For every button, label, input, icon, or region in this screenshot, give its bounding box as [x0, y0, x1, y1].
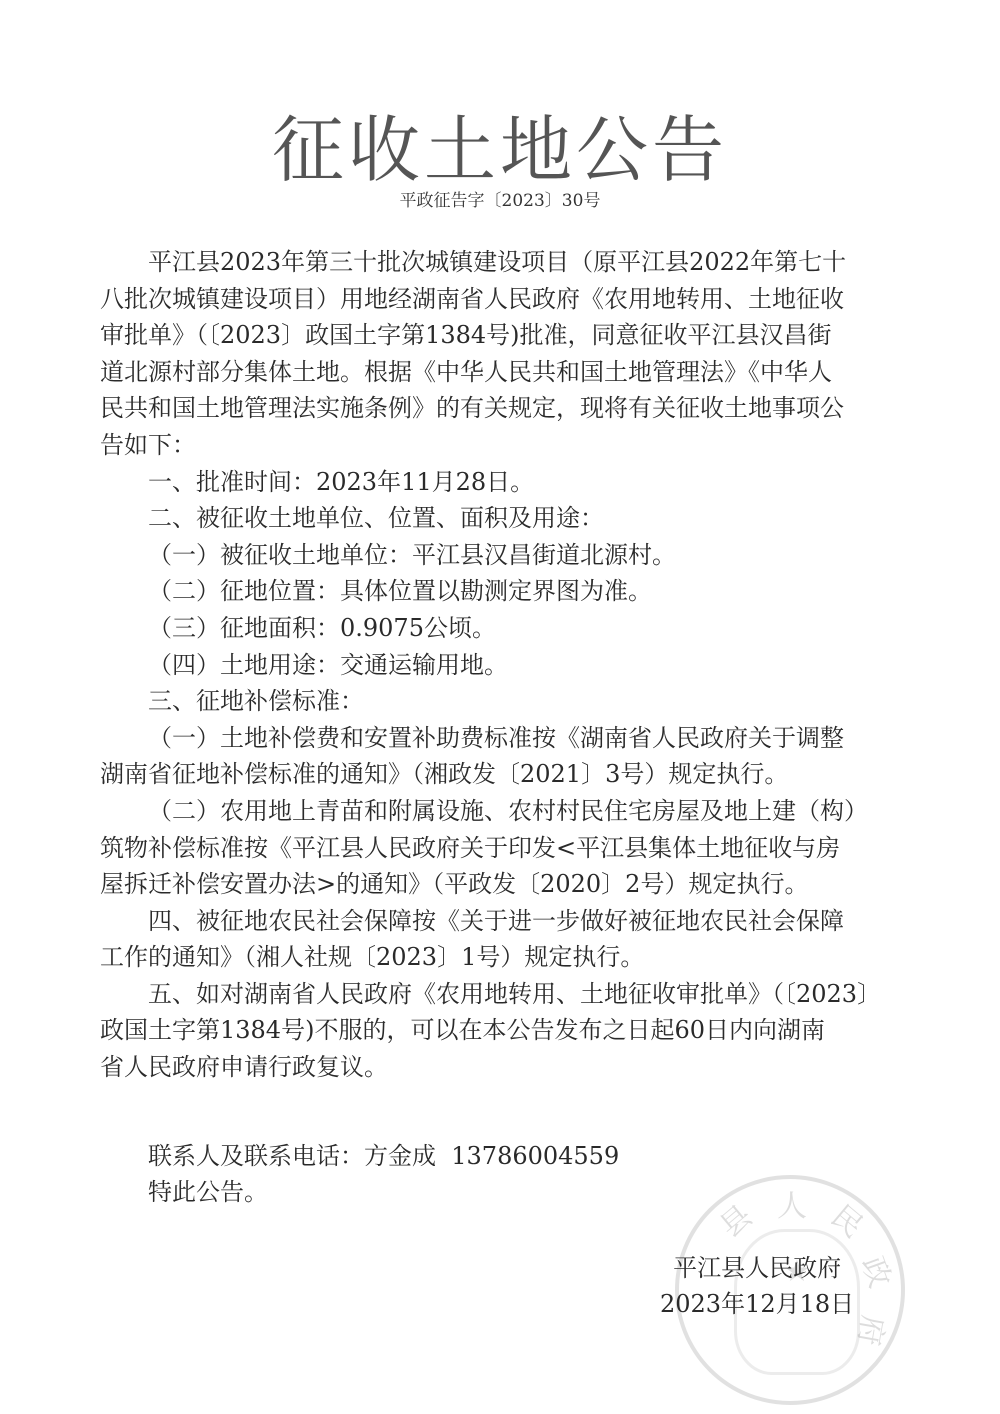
section-two-heading: 二、被征收土地单位、位置、面积及用途： [100, 500, 912, 537]
compensation-two-line: （二）农用地上青苗和附属设施、农村村民住宅房屋及地上建（构） [100, 793, 912, 830]
appeal-line: 省人民政府申请行政复议。 [100, 1049, 912, 1086]
contact-info: 联系人及联系电话：方金成 13786004559 [148, 1138, 619, 1174]
document-number: 平政征告字〔2023〕30号 [0, 186, 1000, 211]
appeal-line: 政国土字第1384号)不服的，可以在本公告发布之日起60日内向湖南 [100, 1012, 912, 1049]
land-area: （三）征地面积：0.9075公顷。 [100, 610, 912, 647]
seal-char: 人 [777, 1181, 807, 1225]
intro-line: 道北源村部分集体土地。根据《中华人民共和国土地管理法》《中华人 [100, 354, 912, 391]
section-three-heading: 三、征地补偿标准： [100, 683, 912, 720]
intro-line: 八批次城镇建设项目）用地经湖南省人民政府《农用地转用、土地征收 [100, 281, 912, 318]
closing-remark: 特此公告。 [148, 1174, 619, 1210]
compensation-one-line: （一）土地补偿费和安置补助费标准按《湖南省人民政府关于调整 [100, 720, 912, 757]
approval-time: 一、批准时间：2023年11月28日。 [100, 464, 912, 501]
intro-line: 审批单》（〔2023〕政国土字第1384号)批准，同意征收平江县汉昌街 [100, 317, 912, 354]
intro-line: 告如下： [100, 427, 912, 464]
compensation-one-line: 湖南省征地补偿标准的通知》（湘政发〔2021〕3号）规定执行。 [100, 756, 912, 793]
appeal-line: 五、如对湖南省人民政府《农用地转用、土地征收审批单》（〔2023〕 [100, 976, 912, 1013]
intro-line: 平江县2023年第三十批次城镇建设项目（原平江县2022年第七十 [100, 244, 912, 281]
document-title: 征收土地公告 [0, 92, 1000, 196]
issue-date: 2023年12月18日 [660, 1286, 854, 1322]
land-use: （四）土地用途：交通运输用地。 [100, 647, 912, 684]
land-unit: （一）被征收土地单位：平江县汉昌街道北源村。 [100, 537, 912, 574]
issuing-organization: 平江县人民政府 [660, 1250, 854, 1286]
compensation-two-line: 屋拆迁补偿安置办法>的通知》（平政发〔2020〕2号）规定执行。 [100, 866, 912, 903]
compensation-two-line: 筑物补偿标准按《平江县人民政府关于印发<平江县集体土地征收与房 [100, 830, 912, 867]
seal-char: 政 [853, 1249, 905, 1292]
signature-block: 平江县人民政府 2023年12月18日 [660, 1250, 854, 1322]
intro-line: 民共和国土地管理法实施条例》的有关规定，现将有关征收土地事项公 [100, 390, 912, 427]
seal-char: 县 [708, 1193, 759, 1246]
document-body: 平江县2023年第三十批次城镇建设项目（原平江县2022年第七十 八批次城镇建设… [100, 244, 912, 1086]
social-security-line: 四、被征地农民社会保障按《关于进一步做好被征地农民社会保障 [100, 903, 912, 940]
contact-block: 联系人及联系电话：方金成 13786004559 特此公告。 [148, 1138, 619, 1210]
land-location: （二）征地位置：具体位置以勘测定界图为准。 [100, 573, 912, 610]
social-security-line: 工作的通知》（湘人社规〔2023〕1号）规定执行。 [100, 939, 912, 976]
